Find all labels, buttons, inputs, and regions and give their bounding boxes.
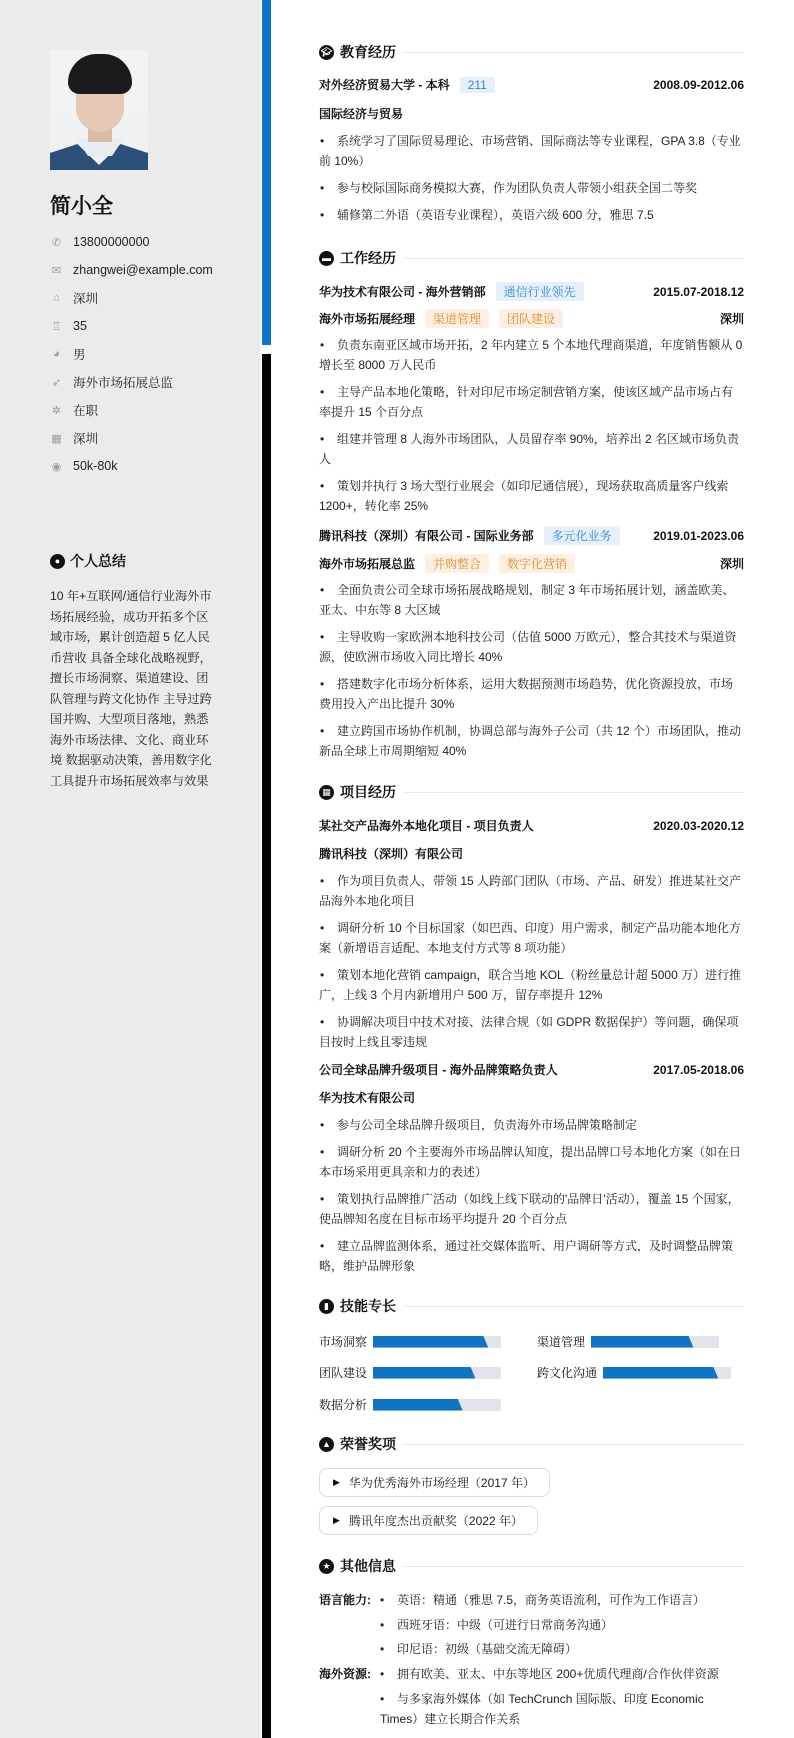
divider — [404, 52, 744, 53]
list-item: 建立品牌监测体系，通过社交媒体监听、用户调研等方式，及时调整品牌策略，维护品牌形… — [319, 1236, 744, 1276]
project-period: 2017.05-2018.06 — [653, 1063, 744, 1077]
list-item: 搭建数字化市场分析体系，运用大数据预测市场趋势，优化资源投放，市场费用投入产出比… — [319, 674, 744, 714]
list-item: 系统学习了国际贸易理论、市场营销、国际商法等专业课程，GPA 3.8（专业前 1… — [319, 131, 744, 171]
job-period: 2019.01-2023.06 — [653, 529, 744, 543]
list-item: 主导收购一家欧洲本地科技公司（估值 5000 万欧元），整合其技术与渠道资源，使… — [319, 627, 744, 667]
divider — [404, 1444, 744, 1445]
info-gender: ◕男 — [50, 340, 213, 368]
skill-cross-cultural: 跨文化沟通 — [537, 1364, 731, 1381]
list-item: 调研分析 20 个主要海外市场品牌认知度，提出品牌口号本地化方案（如在日本市场采… — [319, 1142, 744, 1182]
skill-bar — [591, 1336, 719, 1348]
list-item: 策划本地化营销 campaign，联合当地 KOL（粉丝量总计超 5000 万）… — [319, 965, 744, 1005]
avatar-photo — [50, 50, 148, 170]
bar-chart-icon: ▮ — [319, 1299, 334, 1314]
divider — [404, 258, 744, 259]
resources-list: 拥有欧美、亚太、中东等地区 200+优质代理商/合作伙伴资源 与多家海外媒体（如… — [380, 1664, 744, 1733]
info-phone: ✆13800000000 — [50, 228, 213, 256]
role-tag: 团队建设 — [499, 309, 563, 328]
list-item: 参与公司全球品牌升级项目，负责海外市场品牌策略制定 — [319, 1115, 744, 1135]
salary-icon: ◉ — [50, 460, 63, 473]
skill-data-analysis: 数据分析 — [319, 1396, 501, 1413]
role-tag: 数字化营销 — [499, 554, 575, 573]
job-bullets: 负责东南亚区域市场开拓，2 年内建立 5 个本地代理商渠道，年度销售额从 0 增… — [319, 335, 744, 523]
building-icon: ▦ — [50, 432, 63, 445]
skill-bar-fill — [603, 1367, 718, 1379]
job-role-row: 海外市场拓展总监 并购整合 数字化营销 深圳 — [319, 554, 744, 573]
job-role-row: 海外市场拓展经理 渠道管理 团队建设 深圳 — [319, 309, 744, 328]
info-age: ♖35 — [50, 312, 213, 340]
info-salary: ◉50k-80k — [50, 452, 213, 480]
triangle-right-icon: ▶ — [333, 1515, 340, 1526]
work-heading: ▬ 工作经历 — [319, 248, 744, 268]
skill-bar-fill — [373, 1399, 463, 1411]
languages-list: 英语：精通（雅思 7.5，商务英语流利，可作为工作语言） 西班牙语：中级（可进行… — [380, 1590, 705, 1664]
role-tag: 渠道管理 — [425, 309, 489, 328]
summary-heading: ● 个人总结 — [50, 551, 126, 571]
education-school-row: 对外经济贸易大学 - 本科 211 2008.09-2012.06 — [319, 76, 744, 93]
skill-bar-fill — [591, 1336, 693, 1348]
divider — [404, 1566, 744, 1567]
job-company-row: 腾讯科技（深圳）有限公司 - 国际业务部 多元化业务 2019.01-2023.… — [319, 526, 744, 545]
other-heading: ★ 其他信息 — [319, 1556, 744, 1576]
role-tag: 并购整合 — [425, 554, 489, 573]
projects-heading: ▦ 项目经历 — [319, 782, 744, 802]
award-item[interactable]: ▶ 华为优秀海外市场经理（2017 年） — [319, 1468, 550, 1497]
project-bullets: 作为项目负责人，带领 15 人跨部门团队（市场、产品、研发）推进某社交产品海外本… — [319, 871, 744, 1059]
divider — [404, 792, 744, 793]
list-item: 拥有欧美、亚太、中东等地区 200+优质代理商/合作伙伴资源 — [380, 1664, 744, 1684]
job-bullets: 全面负责公司全球市场拓展战略规划，制定 3 年市场拓展计划，涵盖欧美、亚太、中东… — [319, 580, 744, 768]
list-item: 英语：精通（雅思 7.5，商务英语流利，可作为工作语言） — [380, 1590, 705, 1610]
skill-channel-management: 渠道管理 — [537, 1333, 719, 1350]
skill-bar — [373, 1367, 501, 1379]
skills-heading: ▮ 技能专长 — [319, 1296, 744, 1316]
list-item: 策划执行品牌推广活动（如线上线下联动的'品牌日'活动），覆盖 15 个国家，使品… — [319, 1189, 744, 1229]
summary-text: 10 年+互联网/通信行业海外市场拓展经验，成功开拓多个区域市场，累计创造超 5… — [50, 586, 214, 791]
divider — [404, 1306, 744, 1307]
project-bullets: 参与公司全球品牌升级项目，负责海外市场品牌策略制定 调研分析 20 个主要海外市… — [319, 1115, 744, 1283]
list-item: 负责东南亚区域市场开拓，2 年内建立 5 个本地代理商渠道，年度销售额从 0 增… — [319, 335, 744, 375]
skill-bar-fill — [373, 1367, 475, 1379]
skill-team-building: 团队建设 — [319, 1364, 501, 1381]
list-item: 组建并管理 8 人海外市场团队，人员留存率 90%，培养出 2 名区域市场负责人 — [319, 429, 744, 469]
education-bullets: 系统学习了国际贸易理论、市场营销、国际商法等专业课程，GPA 3.8（专业前 1… — [319, 131, 744, 232]
award-item[interactable]: ▶ 腾讯年度杰出贡献奖（2022 年） — [319, 1506, 538, 1535]
education-period: 2008.09-2012.06 — [653, 78, 744, 92]
star-icon: ★ — [319, 1559, 334, 1574]
list-item: 协调解决项目中技术对接、法律合规（如 GDPR 数据保护）等问题，确保项目按时上… — [319, 1012, 744, 1052]
info-position: ➶海外市场拓展总监 — [50, 368, 213, 396]
list-item: 与多家海外媒体（如 TechCrunch 国际版、印度 Economic Tim… — [380, 1689, 744, 1729]
list-item: 建立跨国市场协作机制，协调总部与海外子公司（共 12 个）市场团队，推动新品全球… — [319, 721, 744, 761]
send-icon: ➶ — [50, 376, 63, 389]
contact-info-list: ✆13800000000 ✉zhangwei@example.com ⌂深圳 ♖… — [50, 228, 213, 480]
list-item: 全面负责公司全球市场拓展战略规划，制定 3 年市场拓展计划，涵盖欧美、亚太、中东… — [319, 580, 744, 620]
candidate-name: 简小全 — [50, 190, 113, 220]
education-heading: 🎓︎ 教育经历 — [319, 42, 744, 62]
list-item: 西班牙语：中级（可进行日常商务沟通） — [380, 1615, 705, 1635]
awards-heading: ▲ 荣誉奖项 — [319, 1434, 744, 1454]
skill-market-insight: 市场洞察 — [319, 1333, 501, 1350]
sidebar: 简小全 ✆13800000000 ✉zhangwei@example.com ⌂… — [0, 0, 261, 1738]
job-location: 深圳 — [720, 555, 744, 572]
skill-bar — [603, 1367, 731, 1379]
resources-row: 海外资源: 拥有欧美、亚太、中东等地区 200+优质代理商/合作伙伴资源 与多家… — [319, 1664, 744, 1733]
company-tag: 通信行业领先 — [496, 282, 584, 301]
home-icon: ⌂ — [50, 292, 63, 305]
status-icon: ✲ — [50, 404, 63, 417]
company-tag: 多元化业务 — [544, 526, 620, 545]
project-name-row: 某社交产品海外本地化项目 - 项目负责人 2020.03-2020.12 — [319, 817, 744, 834]
accent-strip-blue — [262, 0, 271, 345]
info-target-city: ▦深圳 — [50, 424, 213, 452]
info-city: ⌂深圳 — [50, 284, 213, 312]
trophy-icon: ▲ — [319, 1437, 334, 1452]
list-item: 印尼语：初级（基础交流无障碍） — [380, 1639, 705, 1659]
briefcase-icon: ▬ — [319, 251, 334, 266]
project-org: 腾讯科技（深圳）有限公司 — [319, 845, 744, 862]
gender-icon: ◕ — [50, 348, 63, 361]
project-name-row: 公司全球品牌升级项目 - 海外品牌策略负责人 2017.05-2018.06 — [319, 1061, 744, 1078]
info-status: ✲在职 — [50, 396, 213, 424]
school-tag: 211 — [460, 77, 495, 93]
job-location: 深圳 — [720, 310, 744, 327]
list-item: 策划并执行 3 场大型行业展会（如印尼通信展），现场获取高质量客户线索 1200… — [319, 476, 744, 516]
grid-icon: ▦ — [319, 785, 334, 800]
job-period: 2015.07-2018.12 — [653, 285, 744, 299]
skill-bar-fill — [373, 1336, 488, 1348]
list-item: 作为项目负责人，带领 15 人跨部门团队（市场、产品、研发）推进某社交产品海外本… — [319, 871, 744, 911]
skill-bar — [373, 1399, 501, 1411]
project-period: 2020.03-2020.12 — [653, 819, 744, 833]
skill-bar — [373, 1336, 501, 1348]
job-company-row: 华为技术有限公司 - 海外营销部 通信行业领先 2015.07-2018.12 — [319, 282, 744, 301]
graduation-cap-icon: 🎓︎ — [319, 45, 334, 60]
mail-icon: ✉ — [50, 264, 63, 277]
accent-strip-black — [262, 354, 271, 1738]
list-item: 调研分析 10 个目标国家（如巴西、印度）用户需求，制定产品功能本地化方案（新增… — [319, 918, 744, 958]
project-org: 华为技术有限公司 — [319, 1089, 744, 1106]
user-circle-icon: ● — [50, 554, 65, 569]
triangle-right-icon: ▶ — [333, 1477, 340, 1488]
cake-icon: ♖ — [50, 320, 63, 333]
list-item: 主导产品本地化策略，针对印尼市场定制营销方案，使该区域产品市场占有率提升 15 … — [319, 382, 744, 422]
list-item: 辅修第二外语（英语专业课程），英语六级 600 分，雅思 7.5 — [319, 205, 744, 225]
languages-row: 语言能力: 英语：精通（雅思 7.5，商务英语流利，可作为工作语言） 西班牙语：… — [319, 1590, 744, 1664]
info-email: ✉zhangwei@example.com — [50, 256, 213, 284]
education-major: 国际经济与贸易 — [319, 105, 744, 122]
list-item: 参与校际国际商务模拟大赛，作为团队负责人带领小组获全国二等奖 — [319, 178, 744, 198]
phone-icon: ✆ — [50, 236, 63, 249]
